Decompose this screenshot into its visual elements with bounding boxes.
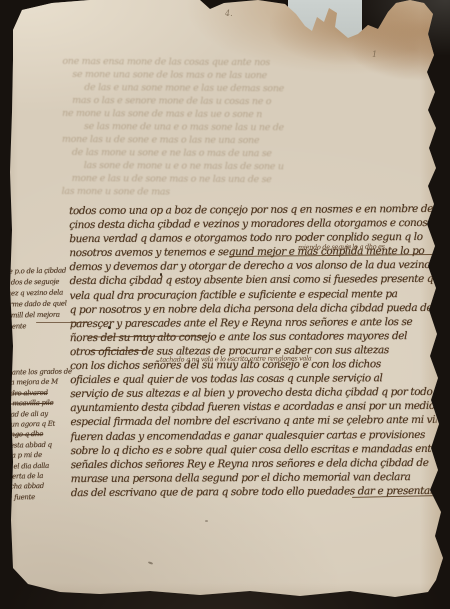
interlinear-insert: miendo de seguir lo q dho es — [298, 243, 385, 252]
ink-speck — [148, 561, 153, 565]
manuscript-text-line: especial firmada del nombre del escrivan… — [70, 413, 436, 429]
ink-speck — [205, 520, 208, 522]
manuscript-text-line: das del escrivano que de para q sobre to… — [71, 484, 437, 500]
ink-speck — [160, 273, 162, 276]
folio-mark: 1 — [372, 50, 377, 59]
interlinear-insert: tachado q no vala e lo escrito entre ren… — [160, 354, 312, 363]
margin-note-line: de fuente — [4, 491, 78, 503]
margin-note-line: de p.o de la çibdad — [4, 265, 70, 277]
ghost-text-line: las mone u sone de mas — [62, 185, 420, 200]
manuscript-scan: { "document": { "kind": "aged handwritte… — [0, 0, 450, 609]
margin-note-line: qa ante los grados de — [2, 366, 76, 378]
manuscript-page: one mas ensa mone de las cosas que ante … — [0, 0, 450, 609]
margin-note-line: firme dado de quel — [5, 298, 71, 310]
folio-mark: 4. — [225, 9, 233, 18]
margin-note-2: qa ante los grados de una mejora de M pe… — [2, 366, 78, 503]
ink-speck — [108, 326, 111, 329]
bleed-through-text-block: one mas ensa mone de las cosas que ante … — [62, 55, 421, 200]
